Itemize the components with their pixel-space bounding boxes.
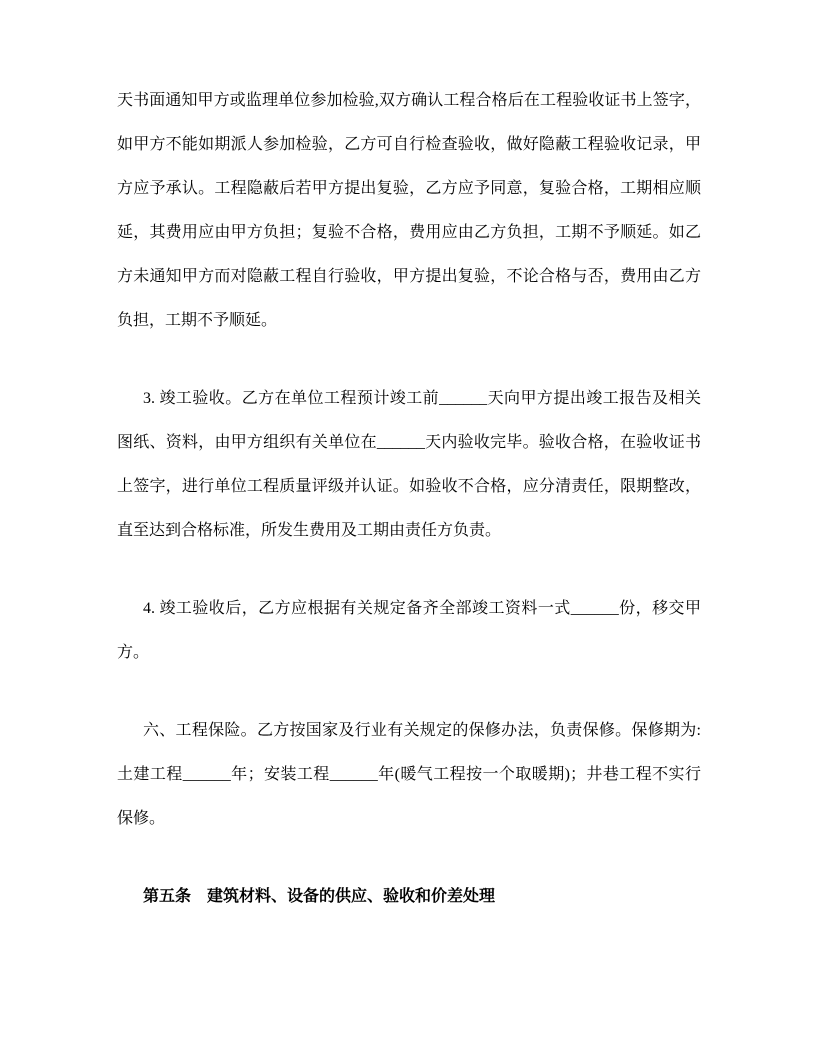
document-body: 天书面通知甲方或监理单位参加检验,双方确认工程合格后在工程验收证书上签字，如甲方… <box>117 79 701 919</box>
para-project-insurance: 六、工程保险。乙方按国家及行业有关规定的保修办法，负责保修。保修期为:土建工程_… <box>117 709 701 841</box>
document-page: 天书面通知甲方或监理单位参加检验,双方确认工程合格后在工程验收证书上签字，如甲方… <box>0 0 816 1056</box>
heading-article-5: 第五条 建筑材料、设备的供应、验收和价差处理 <box>117 875 701 919</box>
para-completion-acceptance: 3. 竣工验收。乙方在单位工程预计竣工前______天向甲方提出竣工报告及相关图… <box>117 377 701 553</box>
para-hidden-works-inspection: 天书面通知甲方或监理单位参加检验,双方确认工程合格后在工程验收证书上签字，如甲方… <box>117 79 701 343</box>
para-completion-documents: 4. 竣工验收后，乙方应根据有关规定备齐全部竣工资料一式______份，移交甲方… <box>117 587 701 675</box>
